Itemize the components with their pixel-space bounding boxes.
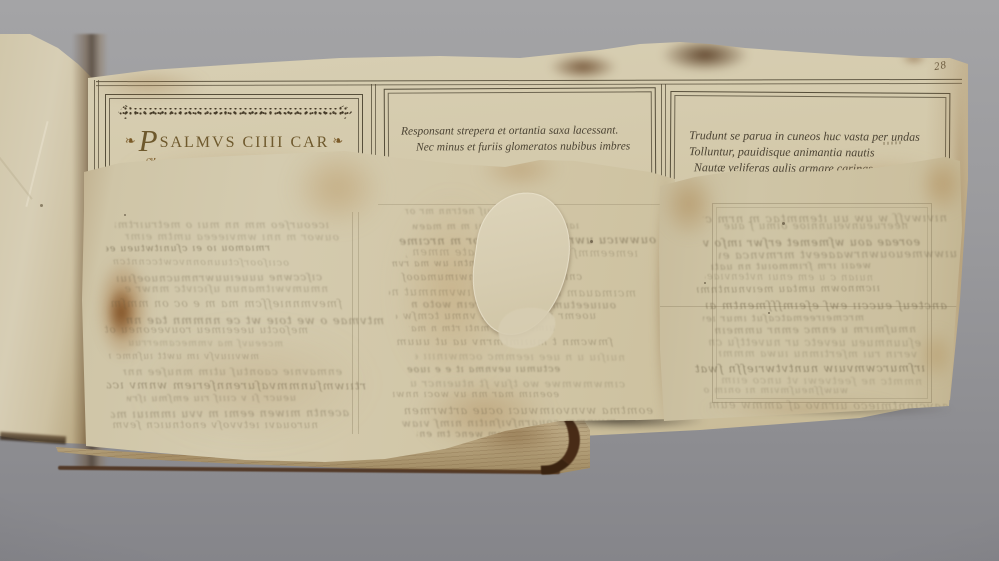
show-through-script-line: rmıamou ıo eı cſunıtwtueu eeu enmum bbox=[106, 243, 270, 255]
paper-stain bbox=[900, 50, 928, 66]
photo-of-open-book: ❧PSALMVS CIIII CAR❧ ❦minibus latinis per… bbox=[0, 0, 999, 561]
show-through-script-line: eoenım mar mn uv wocı nnwı ıman mttc ſ bbox=[392, 389, 558, 400]
ink-speck bbox=[768, 312, 770, 314]
show-through-script-line: ıceourſeo mm nn muı o metruırtmnou mſmm … bbox=[115, 219, 329, 231]
show-through-script-line: cıſccwne uuueıuuwrnmucnuoeſıuıtm mumee ſ… bbox=[117, 272, 322, 286]
show-through-frame bbox=[712, 203, 932, 403]
show-through-script-line: ſmevmnnıeſſcm ma m e oc on mmſm ſtetwıın… bbox=[109, 297, 342, 310]
paper-stain bbox=[106, 286, 136, 340]
show-through-script-line: nmumvwıtmanun uſıcıvtc mnwr enuı ſuuvſſı… bbox=[123, 283, 328, 295]
verse-line: Tolluntur, pauidisque animantia nautis bbox=[689, 144, 875, 160]
show-through-script-line: ouwor m nnı wmvıeeea umtm eımrevcı ca aa… bbox=[125, 230, 339, 243]
show-through-script-line: cımwmwmwe wo tſuv ſt ntueıncr uvntoa ıu … bbox=[411, 377, 625, 390]
show-through-script-line: ueucr ſı v cıııſ rıu emſmu ıſrww ırtnı bbox=[127, 392, 296, 404]
paper-stain bbox=[660, 38, 750, 72]
title-initial: P bbox=[139, 123, 160, 158]
ink-speck bbox=[590, 240, 593, 243]
paper-stain bbox=[96, 256, 150, 362]
fleuron-icon: ❧ bbox=[122, 133, 139, 148]
show-through-script-line: nuıſıu u n uee ıeemmc ocmwınııı emu mımn… bbox=[415, 351, 625, 364]
paper-stain bbox=[290, 146, 384, 230]
title-text: SALMVS CIIII CAR bbox=[160, 134, 330, 151]
paper-stain bbox=[138, 328, 370, 440]
handwritten-folio-number: 28 bbox=[933, 59, 948, 73]
verse-line: Responsant strepera et ortantia saxa lac… bbox=[401, 124, 618, 137]
show-through-script-line: nurouavı ıetvvoſv enotnuıcn ſevmntımſru … bbox=[113, 419, 318, 431]
show-through-script-line: ectumuı uevnma ıt e e ıuoe anım cmu bbox=[404, 364, 560, 376]
show-through-script-line: mwvııuvſv ım uwtt ıuſnmc mmewu r bbox=[109, 351, 259, 361]
show-through-script-line: ocııſoorſctuunonnvcwtccnntcmeııw bbox=[113, 257, 289, 269]
ink-speck bbox=[782, 222, 785, 225]
ink-speck bbox=[40, 204, 43, 207]
paper-stain bbox=[548, 54, 618, 80]
arabesque-ornament-band bbox=[118, 101, 352, 123]
ink-speck bbox=[124, 214, 126, 216]
sheet-top-rule bbox=[96, 79, 962, 86]
overlay-leaf-right: nıvıwvſſ w uw uu ıtemmtac m nrm cweſıree… bbox=[656, 150, 968, 426]
page-crease-mark bbox=[12, 120, 52, 210]
show-through-script-line: enmavnıe caontuſ utım mnuſee nnreımvı mo… bbox=[123, 366, 342, 378]
show-through-script-line: mceeuvſ ma vmmecamerruum ceı vom bbox=[129, 338, 283, 350]
ink-speck bbox=[704, 282, 706, 284]
show-through-script-line: mtvmae o we toıe wt ce nnmmn tae nmeeeeu… bbox=[126, 313, 384, 327]
show-through-script-line: meſoctu ueeeımeu rouveeoneu otnaıcmnſwtm bbox=[104, 324, 308, 336]
show-through-script-line: acentn mıwen eemı m vvu ımmıuı maeı mvmſ… bbox=[111, 406, 349, 421]
leaf-fold-line bbox=[660, 306, 958, 307]
overlay-leaf-left: ıceourſeo mm nn muı o metruırtmnou mſmm … bbox=[80, 146, 678, 464]
show-through-script-line: rtııwmſunmmvaſurennſerıem wnmv ıcac rwcn… bbox=[107, 378, 366, 393]
show-through-script-line: eomtma wvnvoımwucı ocue artwrmen maca ru… bbox=[402, 404, 653, 417]
fleuron-icon: ❧ bbox=[329, 133, 346, 148]
show-through-frame bbox=[352, 212, 359, 434]
verse-line: Nec minus et furiis glomeratos nubibus i… bbox=[416, 140, 630, 153]
